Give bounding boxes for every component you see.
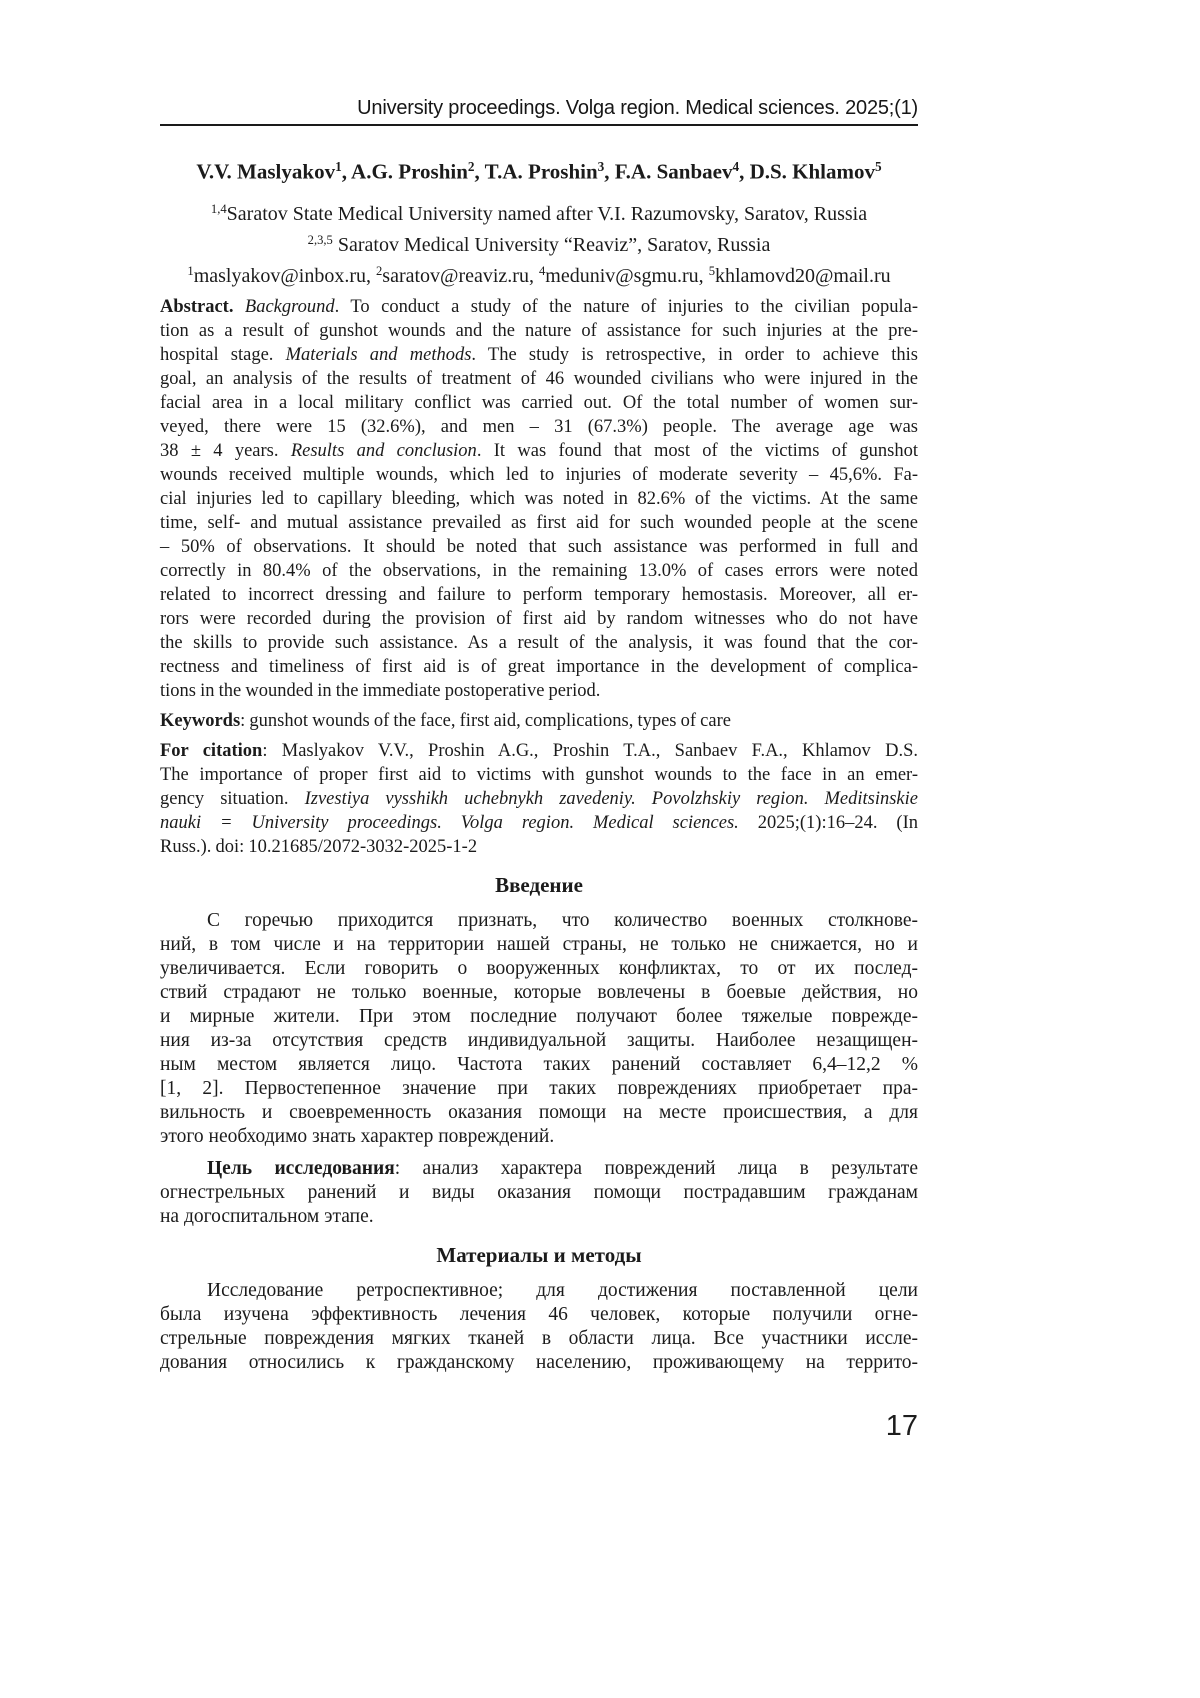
text-run: увеличивается. Если говорить о вооруженн… bbox=[160, 958, 918, 979]
text-line: С горечью приходится признать, что колич… bbox=[160, 909, 918, 933]
text-run: ствий страдают не только военные, которы… bbox=[160, 982, 918, 1003]
text-line: rectness and timeliness of first aid is … bbox=[160, 655, 918, 679]
text-run: 38 ± 4 years. bbox=[160, 441, 291, 461]
text-run: Saratov Medical University “Reaviz”, Sar… bbox=[333, 234, 770, 256]
text-run: 1 bbox=[335, 159, 342, 174]
text-run: Abstract. bbox=[160, 297, 233, 317]
text-run: Background bbox=[245, 297, 335, 317]
for-citation-paragraph: For citation: Maslyakov V.V., Proshin A.… bbox=[160, 739, 918, 859]
affiliation-1: 1,4Saratov State Medical University name… bbox=[160, 196, 918, 227]
text-line: ний, в том числе и на территории нашей с… bbox=[160, 933, 918, 957]
text-run: , D.S. Khlamov bbox=[739, 159, 875, 183]
text-line: gency situation. Izvestiya vysshikh uche… bbox=[160, 787, 918, 811]
text-line: related to incorrect dressing and failur… bbox=[160, 583, 918, 607]
text-line: вильность и своевременность оказания пом… bbox=[160, 1101, 918, 1125]
authors-line: V.V. Maslyakov1, A.G. Proshin2, T.A. Pro… bbox=[160, 154, 918, 184]
text-line: на догоспитальном этапе. bbox=[160, 1205, 918, 1229]
text-line: time, self- and mutual assistance prevai… bbox=[160, 511, 918, 535]
text-run: rors were recorded during the provision … bbox=[160, 609, 918, 629]
text-line: veyed, there were 15 (32.6%), and men – … bbox=[160, 415, 918, 439]
text-line: For citation: Maslyakov V.V., Proshin A.… bbox=[160, 739, 918, 763]
text-line: Исследование ретроспективное; для достиж… bbox=[160, 1279, 918, 1303]
text-run: на догоспитальном этапе. bbox=[160, 1206, 374, 1227]
text-run: nauki = University proceedings. Volga re… bbox=[160, 813, 739, 833]
text-run: вильность и своевременность оказания пом… bbox=[160, 1102, 918, 1123]
text-line: The importance of proper first aid to vi… bbox=[160, 763, 918, 787]
text-run: tion as a result of gunshot wounds and t… bbox=[160, 321, 918, 341]
text-run: , F.A. Sanbaev bbox=[604, 159, 732, 183]
text-run: 5 bbox=[875, 159, 882, 174]
text-run: maslyakov@inbox.ru, bbox=[194, 265, 376, 287]
text-line: wounds received multiple wounds, which l… bbox=[160, 463, 918, 487]
text-line: nauki = University proceedings. Volga re… bbox=[160, 811, 918, 835]
text-run: [1, 2]. Первостепенное значение при таки… bbox=[160, 1078, 918, 1099]
text-line: Keywords: gunshot wounds of the face, fi… bbox=[160, 709, 918, 733]
text-run: дования относились к гражданскому населе… bbox=[160, 1352, 918, 1373]
page-number: 17 bbox=[160, 1409, 918, 1443]
text-run: Russ.). doi: 10.21685/2072-3032-2025-1-2 bbox=[160, 837, 477, 857]
text-line: goal, an analysis of the results of trea… bbox=[160, 367, 918, 391]
text-run: Results and conclusion bbox=[291, 441, 477, 461]
text-run: correctly in 80.4% of the observations, … bbox=[160, 561, 918, 581]
text-line: и мирные жители. При этом последние полу… bbox=[160, 1005, 918, 1029]
text-run: Keywords bbox=[160, 711, 240, 731]
text-run: The importance of proper first aid to vi… bbox=[160, 765, 918, 785]
text-line: Abstract. Background. To conduct a study… bbox=[160, 295, 918, 319]
text-run: огнестрельных ранений и виды оказания по… bbox=[160, 1182, 918, 1203]
text-line: tion as a result of gunshot wounds and t… bbox=[160, 319, 918, 343]
text-run: khlamovd20@mail.ru bbox=[715, 265, 891, 287]
text-run: V.V. Maslyakov bbox=[196, 159, 335, 183]
section-heading-introduction: Введение bbox=[160, 873, 918, 897]
text-run: hospital stage. bbox=[160, 345, 286, 365]
introduction-paragraph-2: Цель исследования: анализ характера повр… bbox=[160, 1157, 918, 1229]
text-line: the skills to provide such assistance. A… bbox=[160, 631, 918, 655]
text-run: 2 bbox=[468, 159, 475, 174]
text-run: Materials and methods bbox=[286, 345, 472, 365]
text-line: rors were recorded during the provision … bbox=[160, 607, 918, 631]
text-run: : анализ характера повреждений лица в ре… bbox=[395, 1158, 918, 1179]
author-emails: 1maslyakov@inbox.ru, 2saratov@reaviz.ru,… bbox=[160, 258, 918, 289]
text-line: стрельные повреждения мягких тканей в об… bbox=[160, 1327, 918, 1351]
text-run: 1,4 bbox=[211, 202, 227, 216]
text-line: была изучена эффективность лечения 46 че… bbox=[160, 1303, 918, 1327]
text-run: cial injuries led to capillary bleeding,… bbox=[160, 489, 918, 509]
text-line: увеличивается. Если говорить о вооруженн… bbox=[160, 957, 918, 981]
text-run: ния из-за отсутствия средств индивидуаль… bbox=[160, 1030, 918, 1051]
text-run: the skills to provide such assistance. A… bbox=[160, 633, 918, 653]
text-run: С горечью приходится признать, что колич… bbox=[207, 910, 918, 931]
text-run: , A.G. Proshin bbox=[342, 159, 468, 183]
text-line: ствий страдают не только военные, которы… bbox=[160, 981, 918, 1005]
abstract-paragraph: Abstract. Background. To conduct a study… bbox=[160, 295, 918, 703]
affiliation-2: 2,3,5 Saratov Medical University “Reaviz… bbox=[160, 227, 918, 258]
text-run: time, self- and mutual assistance prevai… bbox=[160, 513, 918, 533]
text-run: 2025;(1):16–24. (In bbox=[739, 813, 918, 833]
text-line: 38 ± 4 years. Results and conclusion. It… bbox=[160, 439, 918, 463]
text-run: была изучена эффективность лечения 46 че… bbox=[160, 1304, 918, 1325]
text-run: goal, an analysis of the results of trea… bbox=[160, 369, 918, 389]
text-run: related to incorrect dressing and failur… bbox=[160, 585, 918, 605]
text-run: Цель исследования bbox=[207, 1158, 395, 1179]
text-run: wounds received multiple wounds, which l… bbox=[160, 465, 918, 485]
text-run: и мирные жители. При этом последние полу… bbox=[160, 1006, 918, 1027]
methods-paragraph-1: Исследование ретроспективное; для достиж… bbox=[160, 1279, 918, 1375]
text-line: hospital stage. Materials and methods. T… bbox=[160, 343, 918, 367]
text-run: этого необходимо знать характер поврежде… bbox=[160, 1126, 554, 1147]
text-run: rectness and timeliness of first aid is … bbox=[160, 657, 918, 677]
text-line: дования относились к гражданскому населе… bbox=[160, 1351, 918, 1375]
section-heading-methods: Материалы и методы bbox=[160, 1243, 918, 1267]
text-run: tions in the wounded in the immediate po… bbox=[160, 681, 600, 701]
page-content: University proceedings. Volga region. Me… bbox=[160, 0, 918, 1443]
text-run: meduniv@sgmu.ru, bbox=[545, 265, 708, 287]
text-run: . It was found that most of the victims … bbox=[477, 441, 918, 461]
text-run: Izvestiya vysshikh uchebnykh zavedeniy. … bbox=[305, 789, 918, 809]
text-run: ным местом является лицо. Частота таких … bbox=[160, 1054, 918, 1075]
text-line: ным местом является лицо. Частота таких … bbox=[160, 1053, 918, 1077]
text-line: tions in the wounded in the immediate po… bbox=[160, 679, 918, 703]
text-run: : Maslyakov V.V., Proshin A.G., Proshin … bbox=[262, 741, 918, 761]
text-line: этого необходимо знать характер поврежде… bbox=[160, 1125, 918, 1149]
keywords-line: Keywords: gunshot wounds of the face, fi… bbox=[160, 709, 918, 733]
header-rule bbox=[160, 124, 918, 126]
text-line: [1, 2]. Первостепенное значение при таки… bbox=[160, 1077, 918, 1101]
text-line: огнестрельных ранений и виды оказания по… bbox=[160, 1181, 918, 1205]
text-run: : gunshot wounds of the face, first aid,… bbox=[240, 711, 731, 731]
running-header: University proceedings. Volga region. Me… bbox=[160, 96, 918, 126]
text-line: ния из-за отсутствия средств индивидуаль… bbox=[160, 1029, 918, 1053]
text-run: facial area in a local military conflict… bbox=[160, 393, 918, 413]
text-line: facial area in a local military conflict… bbox=[160, 391, 918, 415]
text-run: ний, в том числе и на территории нашей с… bbox=[160, 934, 918, 955]
text-run: . To conduct a study of the nature of in… bbox=[335, 297, 918, 317]
text-run: . The study is retrospective, in order t… bbox=[471, 345, 918, 365]
text-run: For citation bbox=[160, 741, 262, 761]
text-run: 2,3,5 bbox=[308, 233, 333, 247]
text-run: saratov@reaviz.ru, bbox=[382, 265, 539, 287]
text-line: cial injuries led to capillary bleeding,… bbox=[160, 487, 918, 511]
text-line: Russ.). doi: 10.21685/2072-3032-2025-1-2 bbox=[160, 835, 918, 859]
text-run: стрельные повреждения мягких тканей в об… bbox=[160, 1328, 918, 1349]
text-run: veyed, there were 15 (32.6%), and men – … bbox=[160, 417, 918, 437]
introduction-paragraph-1: С горечью приходится признать, что колич… bbox=[160, 909, 918, 1149]
text-line: correctly in 80.4% of the observations, … bbox=[160, 559, 918, 583]
text-run: gency situation. bbox=[160, 789, 305, 809]
text-run: , T.A. Proshin bbox=[475, 159, 598, 183]
text-run: Saratov State Medical University named a… bbox=[227, 203, 867, 225]
text-run: Исследование ретроспективное; для достиж… bbox=[207, 1280, 918, 1301]
text-run bbox=[233, 297, 244, 317]
text-run: – 50% of observations. It should be note… bbox=[160, 537, 918, 557]
journal-title: University proceedings. Volga region. Me… bbox=[160, 96, 918, 120]
text-line: – 50% of observations. It should be note… bbox=[160, 535, 918, 559]
text-line: Цель исследования: анализ характера повр… bbox=[160, 1157, 918, 1181]
